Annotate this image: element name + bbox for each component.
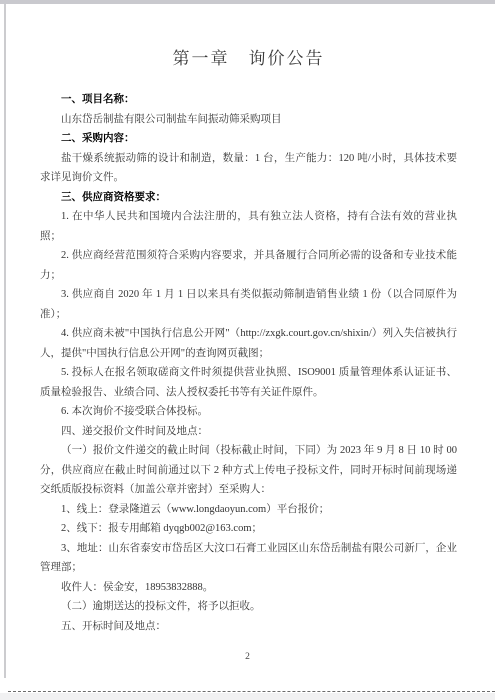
paragraph-qualification-4: 4. 供应商未被"中国执行信息公开网"（http://zxgk.court.go…: [40, 324, 457, 363]
page-break-line: [8, 691, 495, 692]
section-heading-bid-opening-time-place: 五、开标时间及地点：: [40, 617, 457, 637]
paragraph-qualification-2: 2. 供应商经营范围须符合采购内容要求，并具备履行合同所必需的设备和专业技术能力…: [40, 246, 457, 285]
paragraph-qualification-1: 1. 在中华人民共和国境内合法注册的，具有独立法人资格，持有合法有效的营业执照；: [40, 207, 457, 246]
page-content: 第一章 询价公告 一、项目名称： 山东岱岳制盐有限公司制盐车间振动筛采购项目 二…: [40, 46, 457, 636]
section-heading-supplier-qualifications: 三、供应商资格要求：: [40, 188, 457, 208]
paragraph-late-submission-rejected: （二）逾期送达的投标文件，将予以拒收。: [40, 597, 457, 617]
paragraph-qualification-6: 6. 本次询价不接受联合体投标。: [40, 402, 457, 422]
paragraph-offline-submission-email: 2、线下：报专用邮箱 dyqgb002@163.com；: [40, 519, 457, 539]
page-bottom-margin: [0, 693, 495, 700]
document-page: 第一章 询价公告 一、项目名称： 山东岱岳制盐有限公司制盐车间振动筛采购项目 二…: [0, 0, 495, 700]
chapter-title: 第一章 询价公告: [40, 46, 457, 72]
paragraph-online-submission: 1、线上：登录隆道云（www.longdaoyun.com）平台报价；: [40, 500, 457, 520]
paragraph-recipient-contact: 收件人：侯金安，18953832888。: [40, 578, 457, 598]
paragraph-submission-address: 3、地址：山东省泰安市岱岳区大汶口石膏工业园区山东岱岳制盐有限公司新厂，企业管理…: [40, 539, 457, 578]
paragraph-procurement-content: 盐干燥系统振动筛的设计和制造，数量：1 台，生产能力：120 吨/小时，具体技术…: [40, 149, 457, 188]
paragraph-qualification-5: 5. 投标人在报名领取磋商文件时须提供营业执照、ISO9001 质量管理体系认证…: [40, 363, 457, 402]
section-heading-submission-time-place: 四、递交报价文件时间及地点：: [40, 422, 457, 442]
page-number: 2: [0, 652, 495, 662]
section-heading-procurement-content: 二、采购内容：: [40, 129, 457, 149]
paragraph-project-name-value: 山东岱岳制盐有限公司制盐车间振动筛采购项目: [40, 110, 457, 130]
page-top-edge: [0, 0, 495, 4]
paragraph-submission-deadline: （一）报价文件递交的截止时间（投标截止时间，下同）为 2023 年 9 月 8 …: [40, 441, 457, 500]
page-left-edge: [4, 4, 6, 678]
paragraph-qualification-3: 3. 供应商自 2020 年 1 月 1 日以来具有类似振动筛制造销售业绩 1 …: [40, 285, 457, 324]
section-heading-project-name: 一、项目名称：: [40, 90, 457, 110]
